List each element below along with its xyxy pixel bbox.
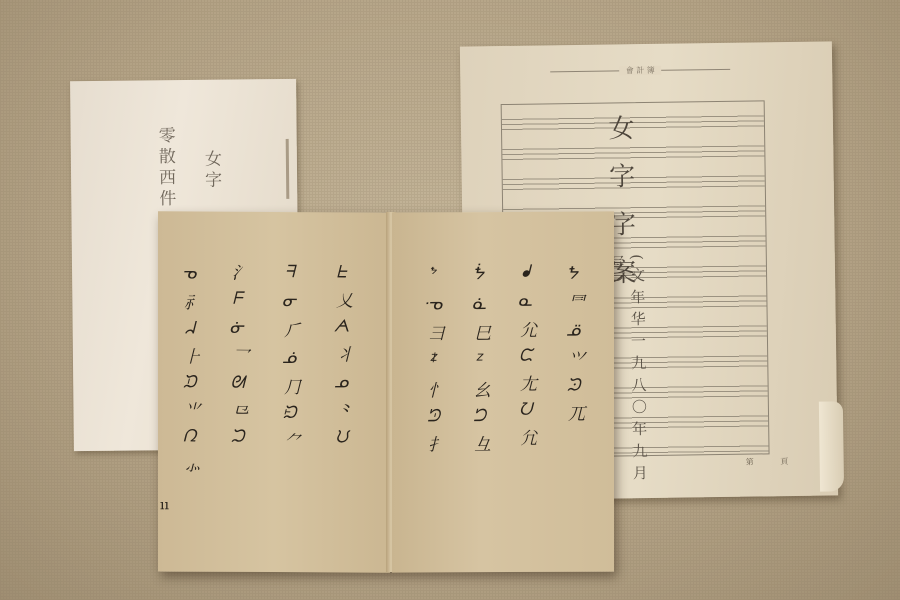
nushu-column: ᖬ⺜ᓆ⺍ᙄ⺎ (562, 264, 587, 432)
ledger-page-footer: 第 頁 (746, 456, 801, 468)
folder-binding-edge (286, 139, 290, 199)
nushu-column: ᖭᓈ⺒ᙆ⺓ᘤ⺔ (468, 264, 493, 462)
left-page: ᖶ乂ᗅ⺦ᓄ⺀ᙀ ᖷᓂ⺁ᓅ⺆ᙊ⺈ ⺡ᖴᓃ⺂ᘛ⺋ᙂ ᓀ⺬ᖹ⺊ᙃ⺌ᘣ⺗ ıı (158, 211, 390, 573)
curled-page-corner (819, 401, 844, 491)
nushu-column: ᖷᓂ⺁ᓅ⺆ᙊ⺈ (278, 264, 303, 459)
nushu-column: ᓀ⺬ᖹ⺊ᙃ⺌ᘣ⺗ (178, 263, 203, 482)
nushu-column: ᖱᓇ⺏ᙅ⺐ᘢ⺑ (514, 264, 539, 456)
folder-title: 女字 (199, 150, 224, 192)
nushu-column: ⺡ᖴᓃ⺂ᘛ⺋ᙂ (226, 264, 251, 456)
nushu-column: ᖶ乂ᗅ⺦ᓄ⺀ᙀ (330, 264, 355, 456)
nushu-column: ᖮᓉ⺕ᙇ⺖ᘥ⺘ (422, 264, 447, 462)
page-mark: ıı (160, 497, 169, 513)
ledger-header: 會 計 簿 (550, 69, 730, 73)
right-page: ᖬ⺜ᓆ⺍ᙄ⺎ ᖱᓇ⺏ᙅ⺐ᘢ⺑ ᖭᓈ⺒ᙆ⺓ᘤ⺔ ᖮᓉ⺕ᙇ⺖ᘥ⺘ (392, 211, 614, 572)
open-nushu-book: ᖶ乂ᗅ⺦ᓄ⺀ᙀ ᖷᓂ⺁ᓅ⺆ᙊ⺈ ⺡ᖴᓃ⺂ᘛ⺋ᙂ ᓀ⺬ᖹ⺊ᙃ⺌ᘣ⺗ ıı ᖬ⺜ᓆ⺍… (158, 212, 614, 572)
